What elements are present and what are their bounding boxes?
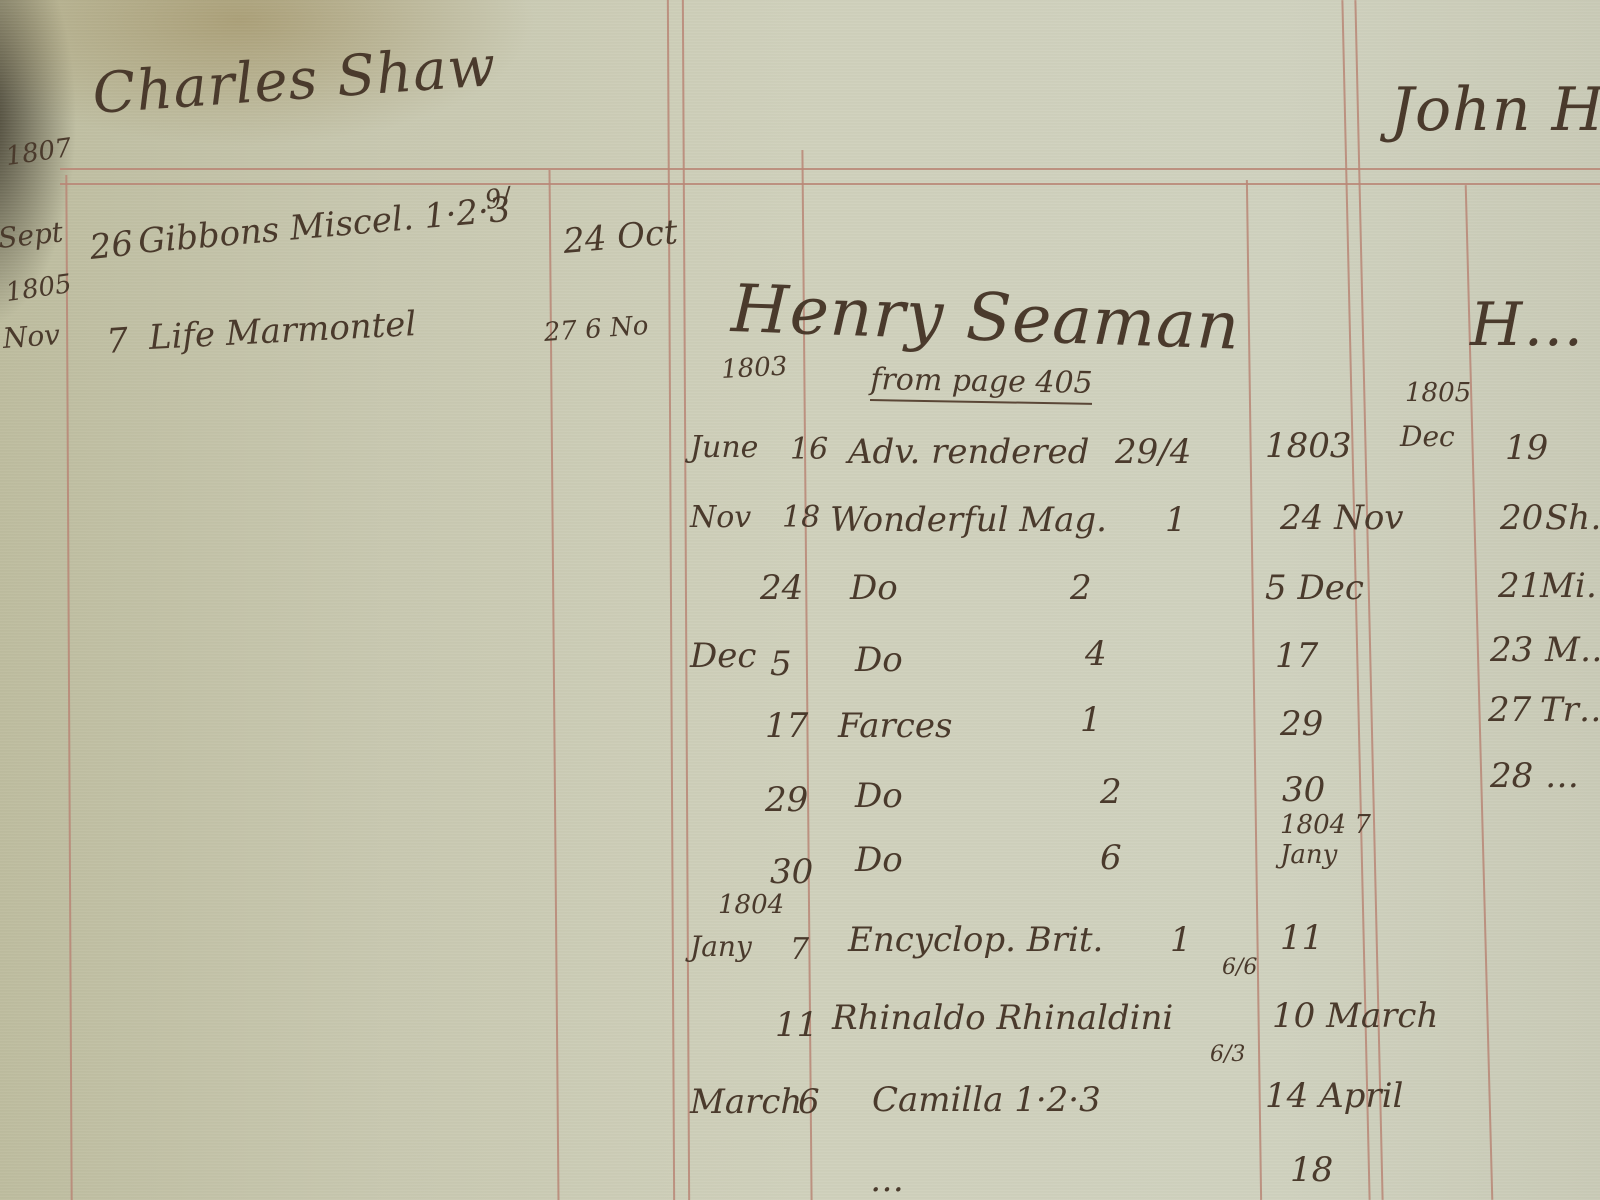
account-name-right: John H… bbox=[1390, 75, 1600, 145]
right-r3-day: 21 bbox=[1498, 566, 1541, 606]
center-r8-vol: 1 bbox=[1170, 920, 1192, 960]
center-year-1804: 1804 bbox=[718, 890, 784, 920]
center-r6-day: 29 bbox=[765, 780, 808, 820]
center-year-1803: 1803 bbox=[720, 352, 788, 385]
center-r9-title: Rhinaldo Rhinaldini bbox=[832, 998, 1173, 1038]
center-r10-title: Camilla 1·2·3 bbox=[872, 1080, 1101, 1120]
right-r1-day: 19 bbox=[1505, 428, 1548, 468]
center-r7-vol: 6 bbox=[1100, 838, 1122, 878]
center-r1-fee: 29/4 bbox=[1115, 432, 1191, 472]
header-rule-top bbox=[60, 168, 1600, 170]
center-r3-returned: 5 Dec bbox=[1265, 568, 1364, 608]
right-r5-day: 27 bbox=[1488, 690, 1531, 730]
center-r8-day: 7 bbox=[790, 932, 809, 967]
center-r4-day: 5 bbox=[770, 644, 792, 684]
center-r7-day: 30 bbox=[770, 852, 813, 892]
right-r3-title: Mi… bbox=[1540, 566, 1600, 606]
center-r11-returned: 18 bbox=[1290, 1150, 1333, 1190]
center-r6-vol: 2 bbox=[1100, 772, 1122, 812]
center-r4-title: Do bbox=[855, 640, 903, 680]
center-r1-returned: 1803 bbox=[1265, 426, 1352, 466]
right-r6-title: … bbox=[1545, 756, 1579, 796]
center-r10-month: March bbox=[690, 1082, 802, 1122]
center-r6-returned: 30 bbox=[1282, 770, 1325, 810]
center-r1-month: June bbox=[690, 430, 758, 465]
left-entry-2-month: Nov bbox=[2, 318, 61, 355]
center-r8-title: Encyclop. Brit. bbox=[848, 920, 1103, 960]
right-r5-title: Tr… bbox=[1540, 690, 1600, 730]
center-r5-day: 17 bbox=[765, 706, 808, 746]
center-r9-returned: 10 March bbox=[1272, 996, 1438, 1036]
right-r4-day: 23 bbox=[1490, 630, 1533, 670]
left-entry-1-fee: 9/ bbox=[483, 182, 513, 216]
left-entry-2-day: 7 bbox=[105, 321, 129, 362]
center-r5-vol: 1 bbox=[1080, 700, 1102, 740]
center-r1-title: Adv. rendered bbox=[848, 432, 1089, 472]
account-name-right-second: H… bbox=[1470, 290, 1584, 360]
right-r2-title: Sh… bbox=[1545, 498, 1600, 538]
center-r2-title: Wonderful Mag. bbox=[830, 500, 1107, 540]
center-r10-returned: 14 April bbox=[1265, 1076, 1403, 1116]
center-r10-day: 6 bbox=[798, 1082, 820, 1122]
account-subtitle-center: from page 405 bbox=[870, 362, 1093, 405]
right-r1-month: Dec bbox=[1400, 420, 1455, 453]
center-r3-title: Do bbox=[850, 568, 898, 608]
right-r2-day: 20 bbox=[1500, 498, 1543, 538]
center-r7-title: Do bbox=[855, 840, 903, 880]
ledger-page: Charles Shaw 1807 Sept 26 Gibbons Miscel… bbox=[0, 0, 1600, 1200]
center-r7-returned: 1804 7 Jany bbox=[1280, 810, 1380, 870]
center-r9-fee: 6/6 bbox=[1222, 955, 1257, 980]
center-r2-month: Nov bbox=[690, 500, 751, 535]
right-year-1805: 1805 bbox=[1405, 378, 1471, 408]
center-r8-returned: 11 bbox=[1280, 918, 1323, 958]
center-r2-day: 18 bbox=[782, 500, 820, 535]
center-r1-day: 16 bbox=[790, 432, 828, 467]
center-r6-title: Do bbox=[855, 776, 903, 816]
center-r9-day: 11 bbox=[775, 1005, 818, 1045]
center-r3-day: 24 bbox=[760, 568, 803, 608]
center-r5-title: Farces bbox=[838, 706, 952, 746]
center-r3-vol: 2 bbox=[1070, 568, 1092, 608]
right-r4-title: M… bbox=[1545, 630, 1600, 670]
left-entry-1-month: Sept bbox=[0, 215, 65, 255]
center-r8-month: Jany bbox=[690, 930, 752, 963]
center-r5-returned: 29 bbox=[1280, 704, 1323, 744]
center-r4-returned: 17 bbox=[1275, 636, 1318, 676]
center-r2-vol: 1 bbox=[1165, 500, 1187, 540]
left-entry-1-day: 26 bbox=[88, 224, 135, 268]
center-r10-fee: 6/3 bbox=[1210, 1042, 1245, 1067]
center-r2-returned: 24 Nov bbox=[1280, 498, 1404, 538]
center-r11-title: … bbox=[870, 1160, 904, 1200]
header-rule-bottom bbox=[60, 183, 1600, 185]
center-r4-vol: 4 bbox=[1085, 634, 1107, 674]
right-r6-day: 28 bbox=[1490, 756, 1533, 796]
center-r4-month: Dec bbox=[690, 636, 756, 676]
